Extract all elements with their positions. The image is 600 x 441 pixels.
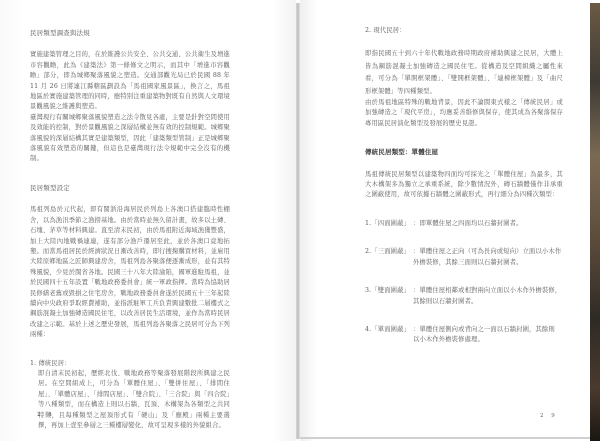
item-title-traditional: 1. 傳統民居： xyxy=(30,359,230,369)
intro-paragraph-2: 臺灣現行有關城鄉聚落風貌塑造之法令散見各處，主要是針對空間使用及效能的控制，對於… xyxy=(30,113,230,165)
intro-paragraph-1: 實施建築管理之目的，在於維護公共安全、公共交通、公共衛生及增進市容觀瞻，此為《建… xyxy=(30,50,230,112)
modern-paragraph-2: 由於馬祖地區特殊的戰地背景，因此不論閩東式樣之「傳統民居」或加強磚造之「現代平房… xyxy=(365,98,563,129)
section-paragraph: 馬祖列島於元代起，即有閩浙沿海居民於列島上各澳口搭建臨時性棚舍，以為漁汛季節之漁… xyxy=(30,205,230,340)
page-number-left: 2 8 xyxy=(37,412,55,418)
running-header: 民居類型調查與法規 xyxy=(30,28,230,38)
subtype-item: 1.「四面圍蔽」 ：即單體住屋之四面均以石牆封圍者。 xyxy=(365,219,563,229)
right-page-content: 2. 現代民居： 即指民國五十到六十年代戰地政務時期政府補助興建之民居，大體上皆… xyxy=(365,26,563,346)
single-house-paragraph: 馬祖傳統民居類型以建築物四面均可採光之「單體住屋」為最多，其大木構架多為獨立之承… xyxy=(365,170,563,201)
section-title: 民居類型設定 xyxy=(30,183,230,193)
subtype-label: 1.「四面圍蔽」 xyxy=(365,219,413,229)
section-title-single-house: 傳統民居類型：單體住屋 xyxy=(365,147,563,157)
page-number-right: 2 9 xyxy=(540,413,558,419)
subtype-label: 3.「雙面圍蔽」 xyxy=(365,286,413,296)
modern-paragraph-1: 即指民國五十到六十年代戰地政務時期政府補助興建之民居，大體上皆為鋼筋混凝土加強磚… xyxy=(365,48,563,98)
book-spread: 民居類型調查與法規 實施建築管理之目的，在於維護公共安全、公共交通、公共衛生及增… xyxy=(0,0,600,441)
page-bottom-edge xyxy=(300,437,590,439)
subtype-item: 3.「雙面圍蔽」 ：單體住屋相鄰或相對兩向立面以小木作外檐裝修，其餘則以石牆封圍… xyxy=(365,286,563,307)
subtype-item: 4.「單面圍蔽」 ：單體住屋側向或背向之一面以石牆封圍，其餘則 以小木作外檐裝修… xyxy=(365,325,563,346)
cover-edge xyxy=(590,3,600,441)
item-paragraph-traditional: 即自清末民初起，歷經北伐、戰地政務等聚落發展階段所興建之民居。在空間組成上，可分… xyxy=(30,369,230,431)
subtype-desc: ：即單體住屋之四面均以石牆封圍者。 xyxy=(413,219,563,229)
subtype-item: 2.「三面圍蔽」 ：單體住屋之正向（可為長向或短向）立面以小木作外檐裝修，其餘三… xyxy=(365,247,563,268)
left-page-content: 民居類型調查與法規 實施建築管理之目的，在於維護公共安全、公共交通、公共衛生及增… xyxy=(30,28,230,431)
subtype-label: 4.「單面圍蔽」 xyxy=(365,325,413,335)
subtype-label: 2.「三面圍蔽」 xyxy=(365,247,413,257)
item-title-modern: 2. 現代民居： xyxy=(365,26,563,36)
subtype-desc: ：單體住屋側向或背向之一面以石牆封圍，其餘則 以小木作外檐裝修處理。 xyxy=(413,325,563,346)
subtype-desc: ：單體住屋相鄰或相對兩向立面以小木作外檐裝修，其餘則以石牆封圍者。 xyxy=(413,286,563,307)
subtype-desc: ：單體住屋之正向（可為長向或短向）立面以小木作外檐裝修，其餘三面則以石牆封圍者。 xyxy=(413,247,563,268)
